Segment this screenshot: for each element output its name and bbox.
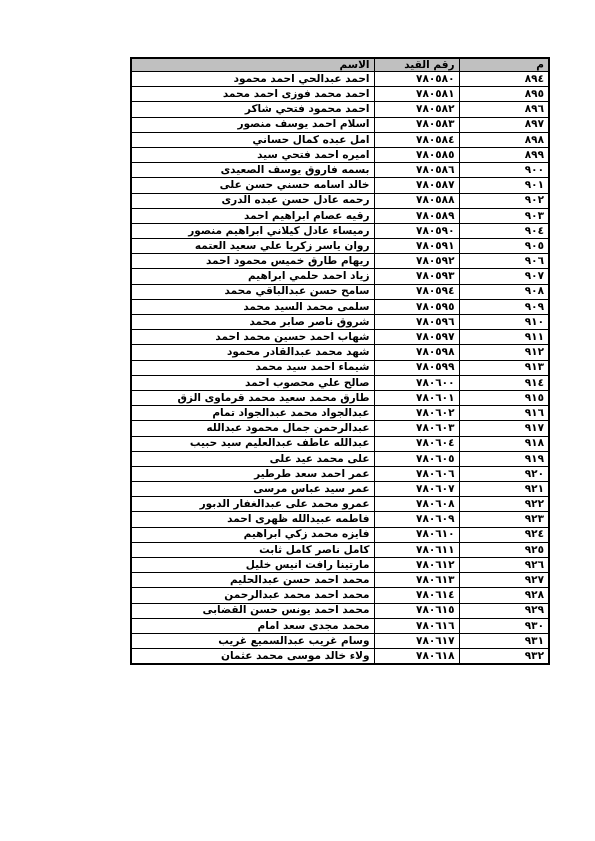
serial-cell: ٩٢٨: [459, 588, 549, 603]
name-cell: امل عبده كمال حساني: [131, 132, 374, 147]
serial-cell: ٨٩٤: [459, 72, 549, 87]
name-cell: رقيه عصام ابراهيم احمد: [131, 208, 374, 223]
table-row: ٩١٧٧٨٠٦٠٣عبدالرحمن جمال محمود عبدالله: [131, 421, 549, 436]
qaid-cell: ٧٨٠٥٨٨: [374, 193, 459, 208]
serial-cell: ٩٢٠: [459, 466, 549, 481]
serial-cell: ٩١٥: [459, 390, 549, 405]
serial-cell: ٩٢٥: [459, 542, 549, 557]
serial-cell: ٩٢٧: [459, 573, 549, 588]
name-cell: احمد محمود فتحي شاكر: [131, 102, 374, 117]
qaid-cell: ٧٨٠٥٨٧: [374, 178, 459, 193]
table-row: ٩٠١٧٨٠٥٨٧خالد اسامه حسني حسن على: [131, 178, 549, 193]
serial-cell: ٩٠٧: [459, 269, 549, 284]
serial-cell: ٩٢٤: [459, 527, 549, 542]
name-cell: محمد مجدى سعد امام: [131, 618, 374, 633]
qaid-cell: ٧٨٠٦٠٩: [374, 512, 459, 527]
qaid-cell: ٧٨٠٥٨٤: [374, 132, 459, 147]
qaid-cell: ٧٨٠٦٠٤: [374, 436, 459, 451]
table-row: ٩٠٤٧٨٠٥٩٠رميساء عادل كيلاني ابراهيم منصو…: [131, 223, 549, 238]
name-cell: صالح علي محصوب احمد: [131, 375, 374, 390]
name-cell: سامح حسن عبدالباقي محمد: [131, 284, 374, 299]
table-row: ٩٠٧٧٨٠٥٩٣زياد احمد حلمي ابراهيم: [131, 269, 549, 284]
name-cell: روان ياسر زكريا علي سعيد العتمه: [131, 239, 374, 254]
table-row: ٩٢٦٧٨٠٦١٢مارتينا رافت انيس خليل: [131, 558, 549, 573]
serial-cell: ٩٢٩: [459, 603, 549, 618]
table-row: ٩٣٠٧٨٠٦١٦محمد مجدى سعد امام: [131, 618, 549, 633]
qaid-cell: ٧٨٠٦١٢: [374, 558, 459, 573]
table-row: ٩١٩٧٨٠٦٠٥على محمد عيد على: [131, 451, 549, 466]
table-row: ٩٢٠٧٨٠٦٠٦عمر احمد سعد طرطير: [131, 466, 549, 481]
name-cell: خالد اسامه حسني حسن على: [131, 178, 374, 193]
table-row: ٩٣١٧٨٠٦١٧وسام غريب عبدالسميع غريب: [131, 633, 549, 648]
serial-cell: ٨٩٥: [459, 87, 549, 102]
name-cell: رميساء عادل كيلاني ابراهيم منصور: [131, 223, 374, 238]
table-row: ٩١٣٧٨٠٥٩٩شيماء احمد سيد محمد: [131, 360, 549, 375]
table-row: ٩٢٩٧٨٠٦١٥محمد احمد يونس حسن القضابى: [131, 603, 549, 618]
table-row: ٩١٢٧٨٠٥٩٨شهد محمد عبدالقادر محمود: [131, 345, 549, 360]
document-page: م رقم القيد الاسم ٨٩٤٧٨٠٥٨٠احمد عبدالحي …: [0, 0, 595, 841]
serial-cell: ٩١٦: [459, 406, 549, 421]
name-cell: فايزه محمد زكي ابراهيم: [131, 527, 374, 542]
qaid-cell: ٧٨٠٥٩٤: [374, 284, 459, 299]
serial-cell: ٩١١: [459, 330, 549, 345]
table-row: ٩٠٦٧٨٠٥٩٢ريهام طارق خميس محمود احمد: [131, 254, 549, 269]
qaid-cell: ٧٨٠٦١٣: [374, 573, 459, 588]
serial-cell: ٩٢٦: [459, 558, 549, 573]
table-header: م رقم القيد الاسم: [131, 58, 549, 72]
serial-cell: ٩٠٢: [459, 193, 549, 208]
name-cell: محمد احمد حسن عبدالحليم: [131, 573, 374, 588]
serial-cell: ٩٠٠: [459, 163, 549, 178]
serial-cell: ٩١٧: [459, 421, 549, 436]
table-row: ٨٩٥٧٨٠٥٨١احمد محمد فوزى احمد محمد: [131, 87, 549, 102]
qaid-cell: ٧٨٠٥٨٠: [374, 72, 459, 87]
qaid-cell: ٧٨٠٦١٤: [374, 588, 459, 603]
serial-cell: ٩٠٩: [459, 299, 549, 314]
table-row: ٩٠٣٧٨٠٥٨٩رقيه عصام ابراهيم احمد: [131, 208, 549, 223]
serial-cell: ٩١٨: [459, 436, 549, 451]
name-cell: عمر احمد سعد طرطير: [131, 466, 374, 481]
name-cell: عمرو محمد على عبدالغفار الدبور: [131, 497, 374, 512]
name-cell: اميره احمد فتحي سيد: [131, 147, 374, 162]
roster-table-container: م رقم القيد الاسم ٨٩٤٧٨٠٥٨٠احمد عبدالحي …: [130, 57, 548, 665]
table-row: ٩٢٢٧٨٠٦٠٨عمرو محمد على عبدالغفار الدبور: [131, 497, 549, 512]
table-row: ٩٢١٧٨٠٦٠٧عمر سيد عباس مرسى: [131, 482, 549, 497]
name-cell: بسمه فاروق يوسف الصعيدى: [131, 163, 374, 178]
qaid-cell: ٧٨٠٥٩٨: [374, 345, 459, 360]
qaid-cell: ٧٨٠٥٨٦: [374, 163, 459, 178]
name-cell: رحمه عادل حسن عبده الدرى: [131, 193, 374, 208]
serial-cell: ٩١٢: [459, 345, 549, 360]
table-row: ٨٩٤٧٨٠٥٨٠احمد عبدالحي احمد محمود: [131, 72, 549, 87]
qaid-cell: ٧٨٠٥٩٩: [374, 360, 459, 375]
qaid-cell: ٧٨٠٦٠١: [374, 390, 459, 405]
table-body: ٨٩٤٧٨٠٥٨٠احمد عبدالحي احمد محمود٨٩٥٧٨٠٥٨…: [131, 72, 549, 665]
name-cell: شهاب احمد حسين محمد احمد: [131, 330, 374, 345]
serial-cell: ٩١٩: [459, 451, 549, 466]
serial-cell: ٩٠١: [459, 178, 549, 193]
qaid-cell: ٧٨٠٦١٠: [374, 527, 459, 542]
qaid-cell: ٧٨٠٥٩٢: [374, 254, 459, 269]
roster-table: م رقم القيد الاسم ٨٩٤٧٨٠٥٨٠احمد عبدالحي …: [130, 57, 550, 665]
serial-cell: ٨٩٨: [459, 132, 549, 147]
qaid-cell: ٧٨٠٦٠٠: [374, 375, 459, 390]
serial-cell: ٩٣١: [459, 633, 549, 648]
serial-cell: ٩٣٠: [459, 618, 549, 633]
name-cell: عمر سيد عباس مرسى: [131, 482, 374, 497]
name-cell: مارتينا رافت انيس خليل: [131, 558, 374, 573]
qaid-cell: ٧٨٠٥٩٦: [374, 315, 459, 330]
name-cell: محمد احمد محمد عبدالرحمن: [131, 588, 374, 603]
serial-cell: ٨٩٧: [459, 117, 549, 132]
table-row: ٩٢٧٧٨٠٦١٣محمد احمد حسن عبدالحليم: [131, 573, 549, 588]
name-cell: فاطمه عبيدالله ظهرى احمد: [131, 512, 374, 527]
serial-cell: ٩٢٣: [459, 512, 549, 527]
serial-cell: ٩٣٢: [459, 649, 549, 665]
qaid-cell: ٧٨٠٥٩٧: [374, 330, 459, 345]
qaid-cell: ٧٨٠٦١٥: [374, 603, 459, 618]
serial-cell: ٩١٤: [459, 375, 549, 390]
name-cell: سلمى محمد السيد محمد: [131, 299, 374, 314]
qaid-cell: ٧٨٠٥٩٣: [374, 269, 459, 284]
table-row: ٩٠٨٧٨٠٥٩٤سامح حسن عبدالباقي محمد: [131, 284, 549, 299]
serial-cell: ٩٢١: [459, 482, 549, 497]
table-row: ٩٠٩٧٨٠٥٩٥سلمى محمد السيد محمد: [131, 299, 549, 314]
qaid-cell: ٧٨٠٥٨١: [374, 87, 459, 102]
name-cell: كامل ناصر كامل ثابت: [131, 542, 374, 557]
header-serial: م: [459, 58, 549, 72]
serial-cell: ٩٠٥: [459, 239, 549, 254]
table-row: ٩٢٣٧٨٠٦٠٩فاطمه عبيدالله ظهرى احمد: [131, 512, 549, 527]
table-row: ٨٩٦٧٨٠٥٨٢احمد محمود فتحي شاكر: [131, 102, 549, 117]
serial-cell: ٩١٣: [459, 360, 549, 375]
table-row: ٩١٤٧٨٠٦٠٠صالح علي محصوب احمد: [131, 375, 549, 390]
qaid-cell: ٧٨٠٥٨٩: [374, 208, 459, 223]
name-cell: ريهام طارق خميس محمود احمد: [131, 254, 374, 269]
header-row: م رقم القيد الاسم: [131, 58, 549, 72]
name-cell: عبدالجواد محمد عبدالجواد تمام: [131, 406, 374, 421]
table-row: ٩١٥٧٨٠٦٠١طارق محمد سعيد محمد قرماوى الزق: [131, 390, 549, 405]
name-cell: طارق محمد سعيد محمد قرماوى الزق: [131, 390, 374, 405]
qaid-cell: ٧٨٠٦١١: [374, 542, 459, 557]
table-row: ٨٩٩٧٨٠٥٨٥اميره احمد فتحي سيد: [131, 147, 549, 162]
name-cell: شيماء احمد سيد محمد: [131, 360, 374, 375]
qaid-cell: ٧٨٠٦٠٨: [374, 497, 459, 512]
name-cell: احمد عبدالحي احمد محمود: [131, 72, 374, 87]
qaid-cell: ٧٨٠٦٠٦: [374, 466, 459, 481]
serial-cell: ٨٩٦: [459, 102, 549, 117]
qaid-cell: ٧٨٠٦١٨: [374, 649, 459, 665]
table-row: ٨٩٧٧٨٠٥٨٣اسلام احمد يوسف منصور: [131, 117, 549, 132]
qaid-cell: ٧٨٠٦٠٧: [374, 482, 459, 497]
table-row: ٩٢٥٧٨٠٦١١كامل ناصر كامل ثابت: [131, 542, 549, 557]
header-qaid: رقم القيد: [374, 58, 459, 72]
serial-cell: ٩٠٦: [459, 254, 549, 269]
qaid-cell: ٧٨٠٥٩١: [374, 239, 459, 254]
table-row: ٩٠٢٧٨٠٥٨٨رحمه عادل حسن عبده الدرى: [131, 193, 549, 208]
qaid-cell: ٧٨٠٥٨٣: [374, 117, 459, 132]
name-cell: احمد محمد فوزى احمد محمد: [131, 87, 374, 102]
serial-cell: ٩٠٨: [459, 284, 549, 299]
qaid-cell: ٧٨٠٥٩٥: [374, 299, 459, 314]
qaid-cell: ٧٨٠٦١٦: [374, 618, 459, 633]
name-cell: عبدالرحمن جمال محمود عبدالله: [131, 421, 374, 436]
table-row: ٩٢٨٧٨٠٦١٤محمد احمد محمد عبدالرحمن: [131, 588, 549, 603]
name-cell: شهد محمد عبدالقادر محمود: [131, 345, 374, 360]
table-row: ٩٠٠٧٨٠٥٨٦بسمه فاروق يوسف الصعيدى: [131, 163, 549, 178]
serial-cell: ٨٩٩: [459, 147, 549, 162]
qaid-cell: ٧٨٠٦٠٣: [374, 421, 459, 436]
table-row: ٩٢٤٧٨٠٦١٠فايزه محمد زكي ابراهيم: [131, 527, 549, 542]
table-row: ٩٠٥٧٨٠٥٩١روان ياسر زكريا علي سعيد العتمه: [131, 239, 549, 254]
qaid-cell: ٧٨٠٦٠٢: [374, 406, 459, 421]
serial-cell: ٩١٠: [459, 315, 549, 330]
name-cell: عبدالله عاطف عبدالعليم سيد حبيب: [131, 436, 374, 451]
serial-cell: ٩٠٣: [459, 208, 549, 223]
header-name: الاسم: [131, 58, 374, 72]
serial-cell: ٩٢٢: [459, 497, 549, 512]
serial-cell: ٩٠٤: [459, 223, 549, 238]
qaid-cell: ٧٨٠٦٠٥: [374, 451, 459, 466]
table-row: ٩١٨٧٨٠٦٠٤عبدالله عاطف عبدالعليم سيد حبيب: [131, 436, 549, 451]
table-row: ٩٣٢٧٨٠٦١٨ولاء خالد موسى محمد عثمان: [131, 649, 549, 665]
table-row: ٩١١٧٨٠٥٩٧شهاب احمد حسين محمد احمد: [131, 330, 549, 345]
table-row: ٩١٦٧٨٠٦٠٢عبدالجواد محمد عبدالجواد تمام: [131, 406, 549, 421]
qaid-cell: ٧٨٠٥٨٥: [374, 147, 459, 162]
name-cell: على محمد عيد على: [131, 451, 374, 466]
name-cell: وسام غريب عبدالسميع غريب: [131, 633, 374, 648]
table-row: ٨٩٨٧٨٠٥٨٤امل عبده كمال حساني: [131, 132, 549, 147]
qaid-cell: ٧٨٠٥٩٠: [374, 223, 459, 238]
name-cell: محمد احمد يونس حسن القضابى: [131, 603, 374, 618]
table-row: ٩١٠٧٨٠٥٩٦شروق ناصر صابر محمد: [131, 315, 549, 330]
name-cell: اسلام احمد يوسف منصور: [131, 117, 374, 132]
name-cell: ولاء خالد موسى محمد عثمان: [131, 649, 374, 665]
name-cell: زياد احمد حلمي ابراهيم: [131, 269, 374, 284]
name-cell: شروق ناصر صابر محمد: [131, 315, 374, 330]
qaid-cell: ٧٨٠٥٨٢: [374, 102, 459, 117]
qaid-cell: ٧٨٠٦١٧: [374, 633, 459, 648]
